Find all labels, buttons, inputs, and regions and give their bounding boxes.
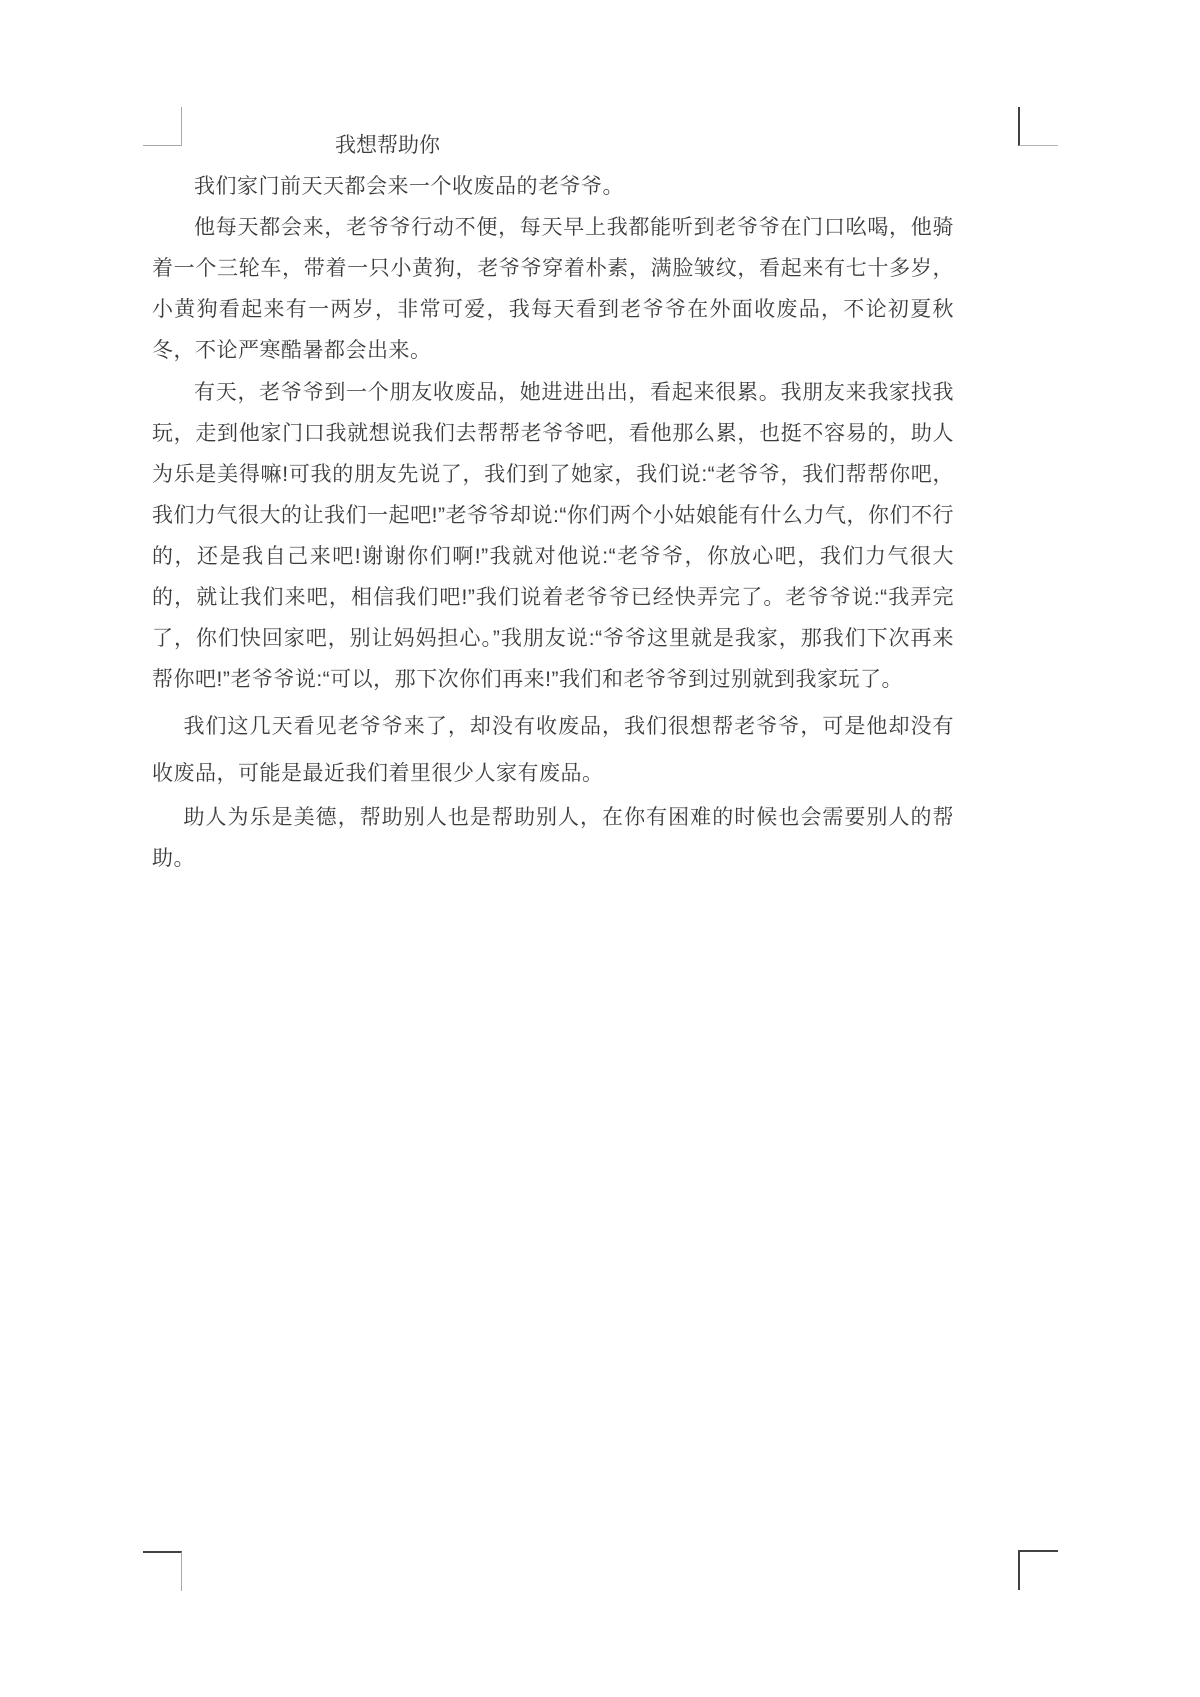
paragraph-2: 他每天都会来，老爷爷行动不便，每天早上我都能听到老爷爷在门口吆喝，他骑着一个三轮… (152, 207, 954, 371)
paragraph-1: 我们家门前天天都会来一个收废品的老爷爷。 (152, 166, 954, 207)
margin-corner-mark-bottom-right (1018, 1550, 1058, 1590)
paragraph-4: 我们这几天看见老爷爷来了，却没有收废品，我们很想帮老爷爷，可是他却没有收废品，可… (152, 703, 954, 797)
paragraph-3: 有天，老爷爷到一个朋友收废品，她进进出出，看起来很累。我朋友来我家找我玩，走到他… (152, 372, 954, 700)
document-text-area: 我想帮助你 我们家门前天天都会来一个收废品的老爷爷。 他每天都会来，老爷爷行动不… (152, 125, 954, 879)
document-page: 我想帮助你 我们家门前天天都会来一个收废品的老爷爷。 他每天都会来，老爷爷行动不… (0, 0, 1200, 1697)
margin-corner-mark-bottom-left (143, 1551, 182, 1591)
document-title: 我想帮助你 (152, 125, 954, 166)
paragraph-5: 助人为乐是美德，帮助别人也是帮助别人，在你有困难的时候也会需要别人的帮助。 (152, 797, 954, 879)
margin-corner-mark-top-right (1018, 107, 1058, 146)
